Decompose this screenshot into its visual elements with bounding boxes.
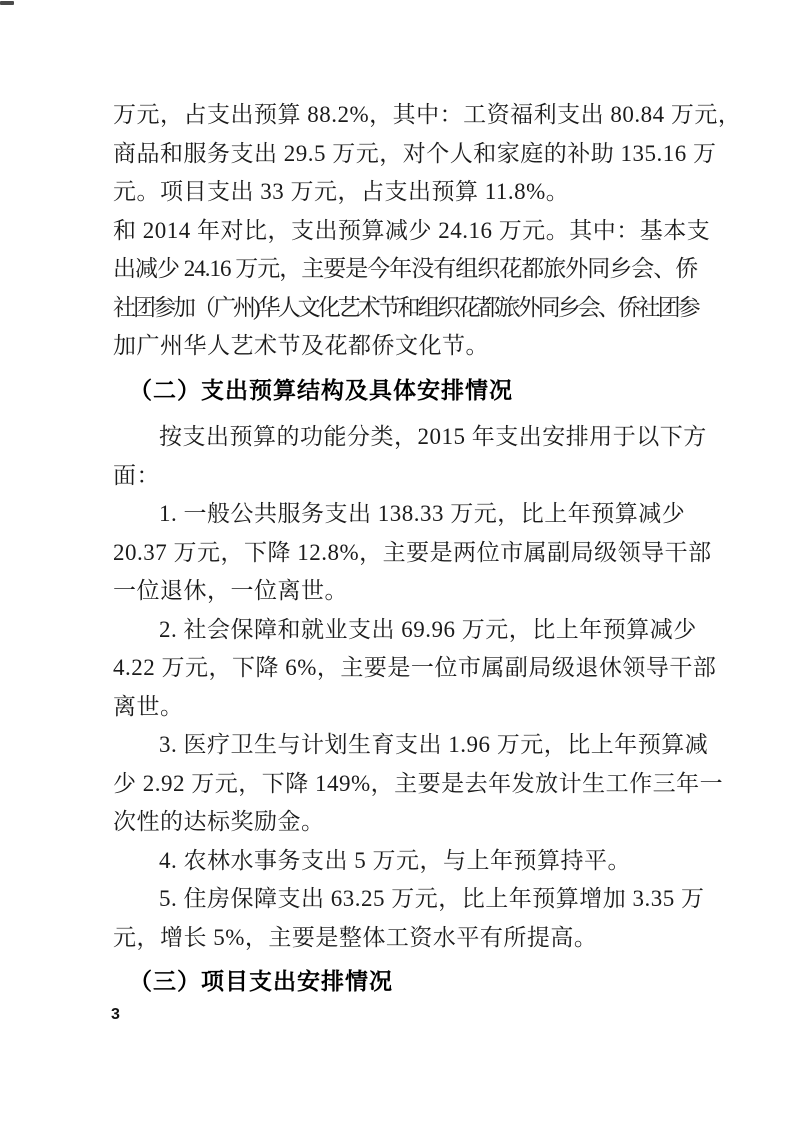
text-line: 次性的达标奖励金。 bbox=[113, 803, 753, 842]
text-line: 商品和服务支出 29.5 万元，对个人和家庭的补助 135.16 万 bbox=[113, 135, 753, 174]
text-line: 加广州华人艺术节及花都侨文化节。 bbox=[113, 327, 753, 366]
text-line: 元。项目支出 33 万元，占支出预算 11.8%。 bbox=[113, 173, 753, 212]
text-line: 2. 社会保障和就业支出 69.96 万元，比上年预算减少 bbox=[113, 611, 753, 650]
text-line: 1. 一般公共服务支出 138.33 万元，比上年预算减少 bbox=[113, 495, 753, 534]
section-heading: （三）项目支出安排情况 bbox=[113, 963, 753, 1002]
scan-artifact-mark bbox=[0, 1, 14, 5]
text-line: 和 2014 年对比，支出预算减少 24.16 万元。其中：基本支 bbox=[113, 212, 753, 251]
text-line: 出减少 24.16 万元，主要是今年没有组织花都旅外同乡会、侨 bbox=[113, 250, 753, 289]
section-heading: （二）支出预算结构及具体安排情况 bbox=[113, 372, 753, 411]
document-page: 万元，占支出预算 88.2%，其中：工资福利支出 80.84 万元， 商品和服务… bbox=[0, 0, 800, 1136]
text-line: 社团参加（广州)华人文化艺术节和组织花都旅外同乡会、侨社团参 bbox=[113, 289, 753, 328]
text-line: 按支出预算的功能分类，2015 年支出安排用于以下方 bbox=[113, 418, 753, 457]
text-line: 离世。 bbox=[113, 688, 753, 727]
text-line: 3. 医疗卫生与计划生育支出 1.96 万元，比上年预算减 bbox=[113, 726, 753, 765]
text-line: 元，增长 5%，主要是整体工资水平有所提高。 bbox=[113, 919, 753, 958]
text-line: 4.22 万元，下降 6%，主要是一位市属副局级退休领导干部 bbox=[113, 649, 753, 688]
text-line: 少 2.92 万元，下降 149%，主要是去年发放计生工作三年一 bbox=[113, 765, 753, 804]
text-line: 20.37 万元，下降 12.8%，主要是两位市属副局级领导干部 bbox=[113, 534, 753, 573]
text-line: 一位退休，一位离世。 bbox=[113, 572, 753, 611]
text-line: 4. 农林水事务支出 5 万元，与上年预算持平。 bbox=[113, 842, 753, 881]
page-number: 3 bbox=[111, 1006, 120, 1024]
text-line: 5. 住房保障支出 63.25 万元，比上年预算增加 3.35 万 bbox=[113, 880, 753, 919]
document-text-block: 万元，占支出预算 88.2%，其中：工资福利支出 80.84 万元， 商品和服务… bbox=[113, 96, 753, 1010]
text-line: 面： bbox=[113, 457, 753, 496]
text-line: 万元，占支出预算 88.2%，其中：工资福利支出 80.84 万元， bbox=[113, 96, 753, 135]
